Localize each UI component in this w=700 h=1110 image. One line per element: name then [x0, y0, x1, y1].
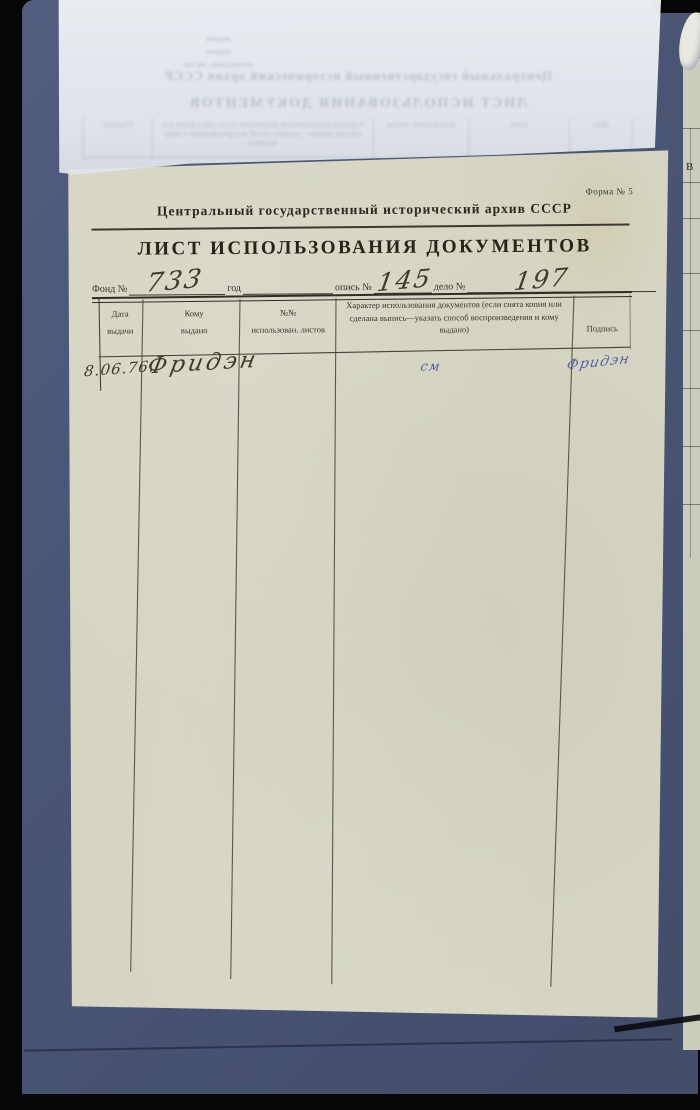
ruled-line	[683, 504, 700, 505]
column-header-line: использован. листов	[242, 321, 334, 339]
table-grid	[61, 144, 673, 1024]
column-header-sheets: №№ использован. листов	[242, 304, 334, 339]
ruled-line-vertical	[690, 128, 691, 558]
column-header-line: выдано	[148, 322, 240, 340]
ruled-line	[683, 446, 700, 447]
bleed-through-ghost: выдачи выдано использован. листов Центра…	[55, 0, 661, 178]
document-page: Форма № 5 Центральный государственный ис…	[64, 146, 670, 1022]
entry-usage-handwritten: см	[419, 359, 442, 374]
adjacent-page-edge: В	[683, 58, 700, 1050]
ruled-line	[683, 218, 700, 219]
column-header-line: Дата	[92, 306, 148, 323]
ruled-line	[683, 388, 700, 389]
column-header-line: Кому	[148, 305, 240, 323]
ghost-title: ЛИСТ ИСПОЛЬЗОВАНИЯ ДОКУМЕНТОВ	[55, 96, 661, 112]
column-header-line: №№	[242, 304, 334, 322]
ghost-stamp: выдачи выдано использован. листов	[141, 32, 296, 71]
ghost-cell: использован. листов	[374, 118, 469, 161]
ruled-line	[683, 273, 700, 274]
ghost-cell: Характер использования документов (если …	[153, 118, 374, 161]
ghost-line: выдачи	[141, 32, 296, 45]
column-header-usage: Характер использования документов (если …	[336, 298, 572, 337]
column-header-date: Дата выдачи	[92, 306, 148, 340]
ghost-cell: Подпись	[83, 118, 153, 161]
ruled-line	[683, 330, 700, 331]
ruled-line	[683, 128, 700, 129]
ruled-line	[683, 182, 700, 183]
archival-photo: В Форма № 5 Центральный государственный …	[0, 0, 700, 1110]
ghost-archive-name: Центральный государственный исторический…	[55, 69, 661, 84]
ghost-line: выдано	[141, 45, 296, 58]
column-header-signature: Подпись	[574, 320, 630, 337]
column-header-line: выдачи	[92, 323, 148, 340]
column-header-issued-to: Кому выдано	[148, 305, 240, 340]
translucent-overlay-sheet: выдачи выдано использован. листов Центра…	[55, 0, 661, 178]
document-content: Форма № 5 Центральный государственный ис…	[61, 144, 673, 1024]
